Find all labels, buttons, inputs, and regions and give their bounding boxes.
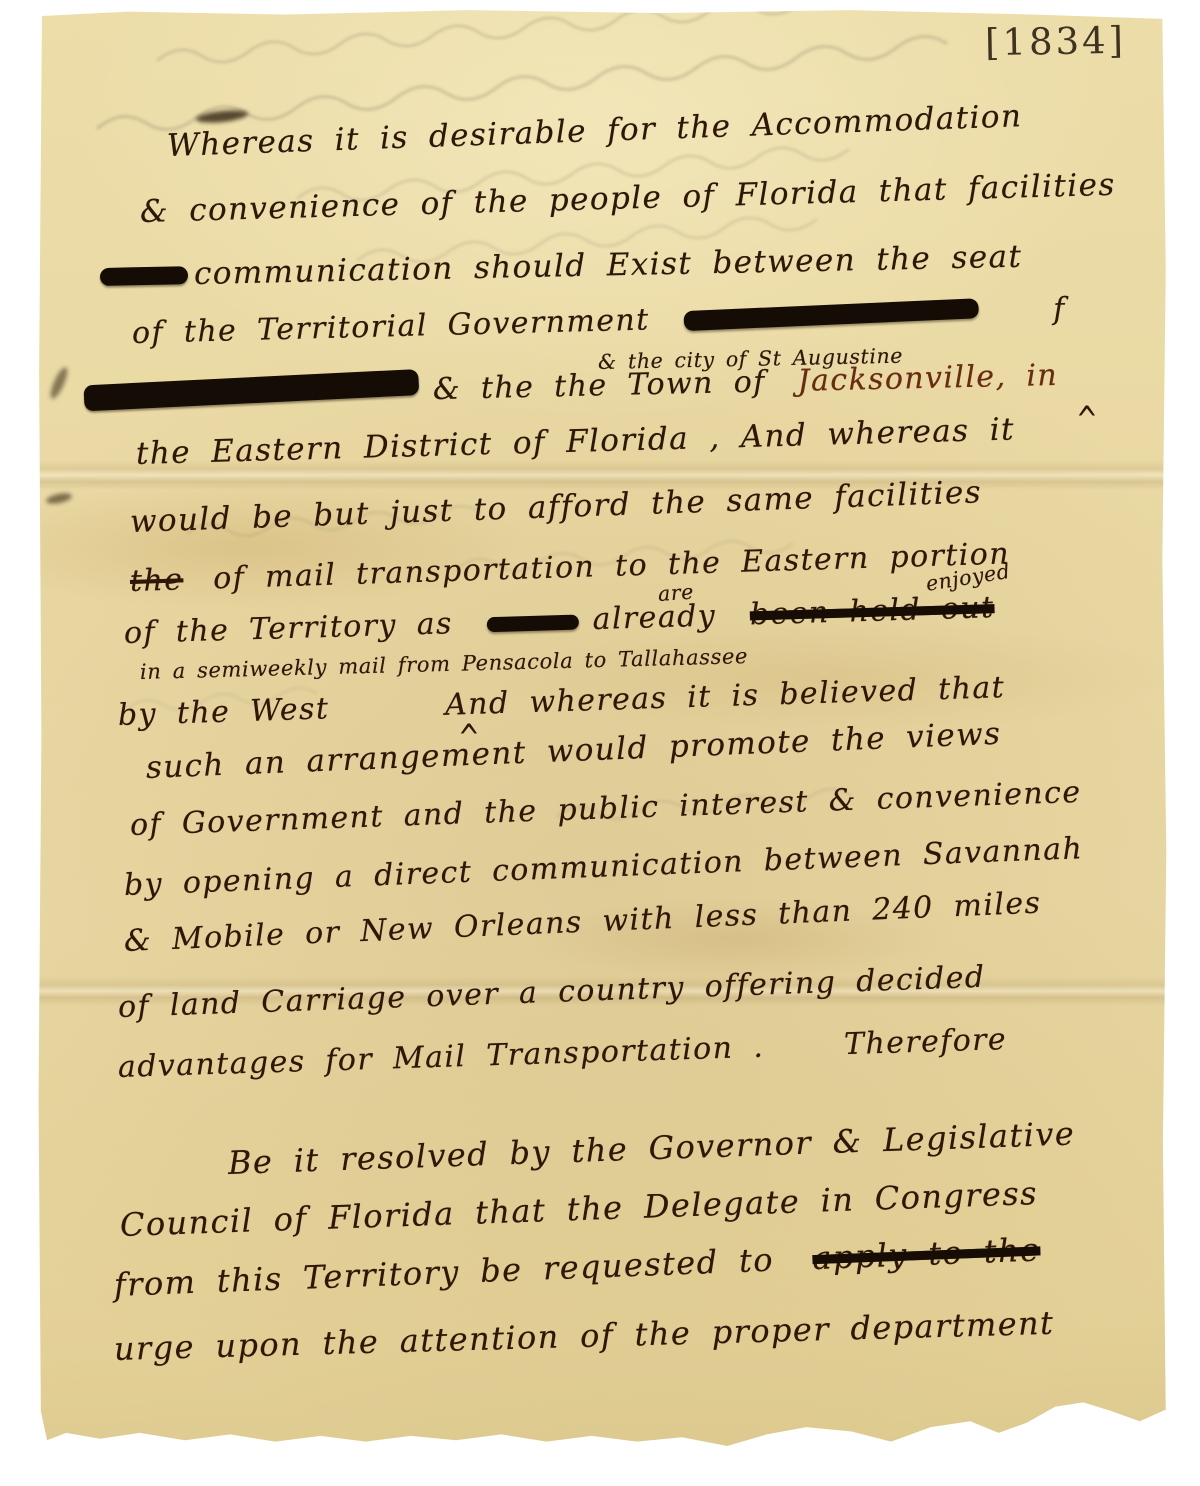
manuscript-line: & convenience of the people of Florida t… (139, 167, 1116, 230)
manuscript-line: the of mail transportation to the Easter… (129, 536, 1010, 599)
interline-insertion: in a semiweekly mail from Pensacola to T… (140, 644, 749, 684)
ink-blot (83, 369, 419, 411)
manuscript-text: of the Territorial Government (132, 302, 650, 351)
manuscript-line: of land Carriage over a country offering… (117, 960, 986, 1025)
struck-text: been held out (749, 590, 995, 632)
ink-smudge (196, 108, 249, 124)
manuscript-line: advantages for Mail Transportation . The… (117, 1022, 1007, 1085)
manuscript-text: of the Territory as (123, 606, 453, 651)
ink-smudge (45, 491, 72, 505)
manuscript-line: Council of Florida that the Delegate in … (119, 1174, 1038, 1244)
manuscript-line: Be it resolved by the Governor & Legisla… (227, 1114, 1075, 1182)
manuscript-line: Whereas it is desirable for the Accommod… (166, 98, 1022, 164)
ink-blot (100, 266, 188, 286)
manuscript-text: And whereas it is believed that (445, 670, 1006, 723)
manuscript-line: of the Territorial Government f (132, 292, 1067, 351)
manuscript-line: the Eastern District of Florida , And wh… (135, 411, 1015, 472)
manuscript-line: of Government and the public interest & … (129, 775, 1082, 843)
struck-text: apply to the (812, 1230, 1041, 1277)
manuscript-line: communication should Exist between the s… (100, 239, 1023, 294)
manuscript-line: urge upon the attention of the proper de… (113, 1304, 1054, 1368)
manuscript-text: Jacksonville, in (797, 358, 1058, 399)
manuscript-text: already (592, 598, 716, 637)
ink-blot (683, 298, 979, 331)
manuscript-text: Therefore (843, 1022, 1007, 1062)
manuscript-text: & the the Town of (433, 365, 767, 408)
year-annotation: [1834] (985, 19, 1127, 64)
manuscript-text: communication should Exist between the s… (194, 239, 1023, 292)
manuscript-text: from this Territory be requested to (113, 1241, 774, 1304)
manuscript-line: of the Territory as already been held ou… (123, 590, 994, 651)
manuscript-line: & the the Town of Jacksonville, in (84, 358, 1059, 415)
ink-smudge (48, 365, 71, 400)
insertion-caret: ^ (1076, 400, 1098, 442)
manuscript-text: of mail transportation to the Eastern po… (213, 536, 1011, 596)
manuscript-line: would be but just to afford the same fac… (129, 474, 982, 540)
manuscript-page: [1834] Whereas it is desirable for the A… (38, 8, 1168, 1462)
manuscript-text: f (1053, 292, 1066, 327)
struck-text: the (129, 562, 183, 599)
manuscript-text: advantages for Mail Transportation . (117, 1030, 764, 1085)
ink-blot (487, 615, 579, 633)
manuscript-text: by the West (117, 691, 329, 733)
manuscript-line: from this Territory be requested to appl… (113, 1230, 1041, 1304)
